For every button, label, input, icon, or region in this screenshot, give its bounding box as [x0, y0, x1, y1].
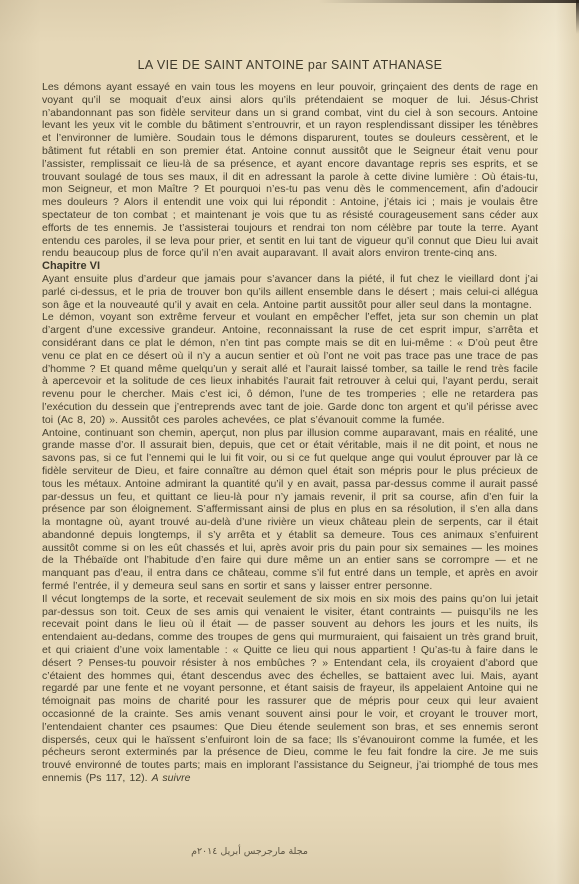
a-suivre-label: A suivre: [152, 772, 191, 784]
footer-journal-line: مجلة مارجرجس أبريل ٢٠١٤م: [0, 846, 579, 857]
chapter-heading: Chapitre VI: [42, 260, 538, 273]
scan-edge-top-artifact: [0, 0, 579, 3]
scanned-document-page: LA VIE DE SAINT ANTOINE par SAINT ATHANA…: [0, 0, 579, 884]
paragraph-plat-argent: Le démon, voyant son extrême ferveur et …: [42, 311, 538, 426]
document-body: LA VIE DE SAINT ANTOINE par SAINT ATHANA…: [42, 58, 538, 785]
page-title: LA VIE DE SAINT ANTOINE par SAINT ATHANA…: [42, 58, 538, 72]
paragraph-vie-reclus: Il vécut longtemps de la sorte, et recev…: [42, 593, 538, 785]
paragraph-vieillard: Ayant ensuite plus d’ardeur que jamais p…: [42, 273, 538, 311]
paragraph-masse-or-chateau: Antoine, continuant son chemin, aperçut,…: [42, 427, 538, 593]
paragraph-vie-reclus-text: Il vécut longtemps de la sorte, et recev…: [42, 593, 538, 784]
paragraph-demons-defeated: Les démons ayant essayé en vain tous les…: [42, 81, 538, 260]
